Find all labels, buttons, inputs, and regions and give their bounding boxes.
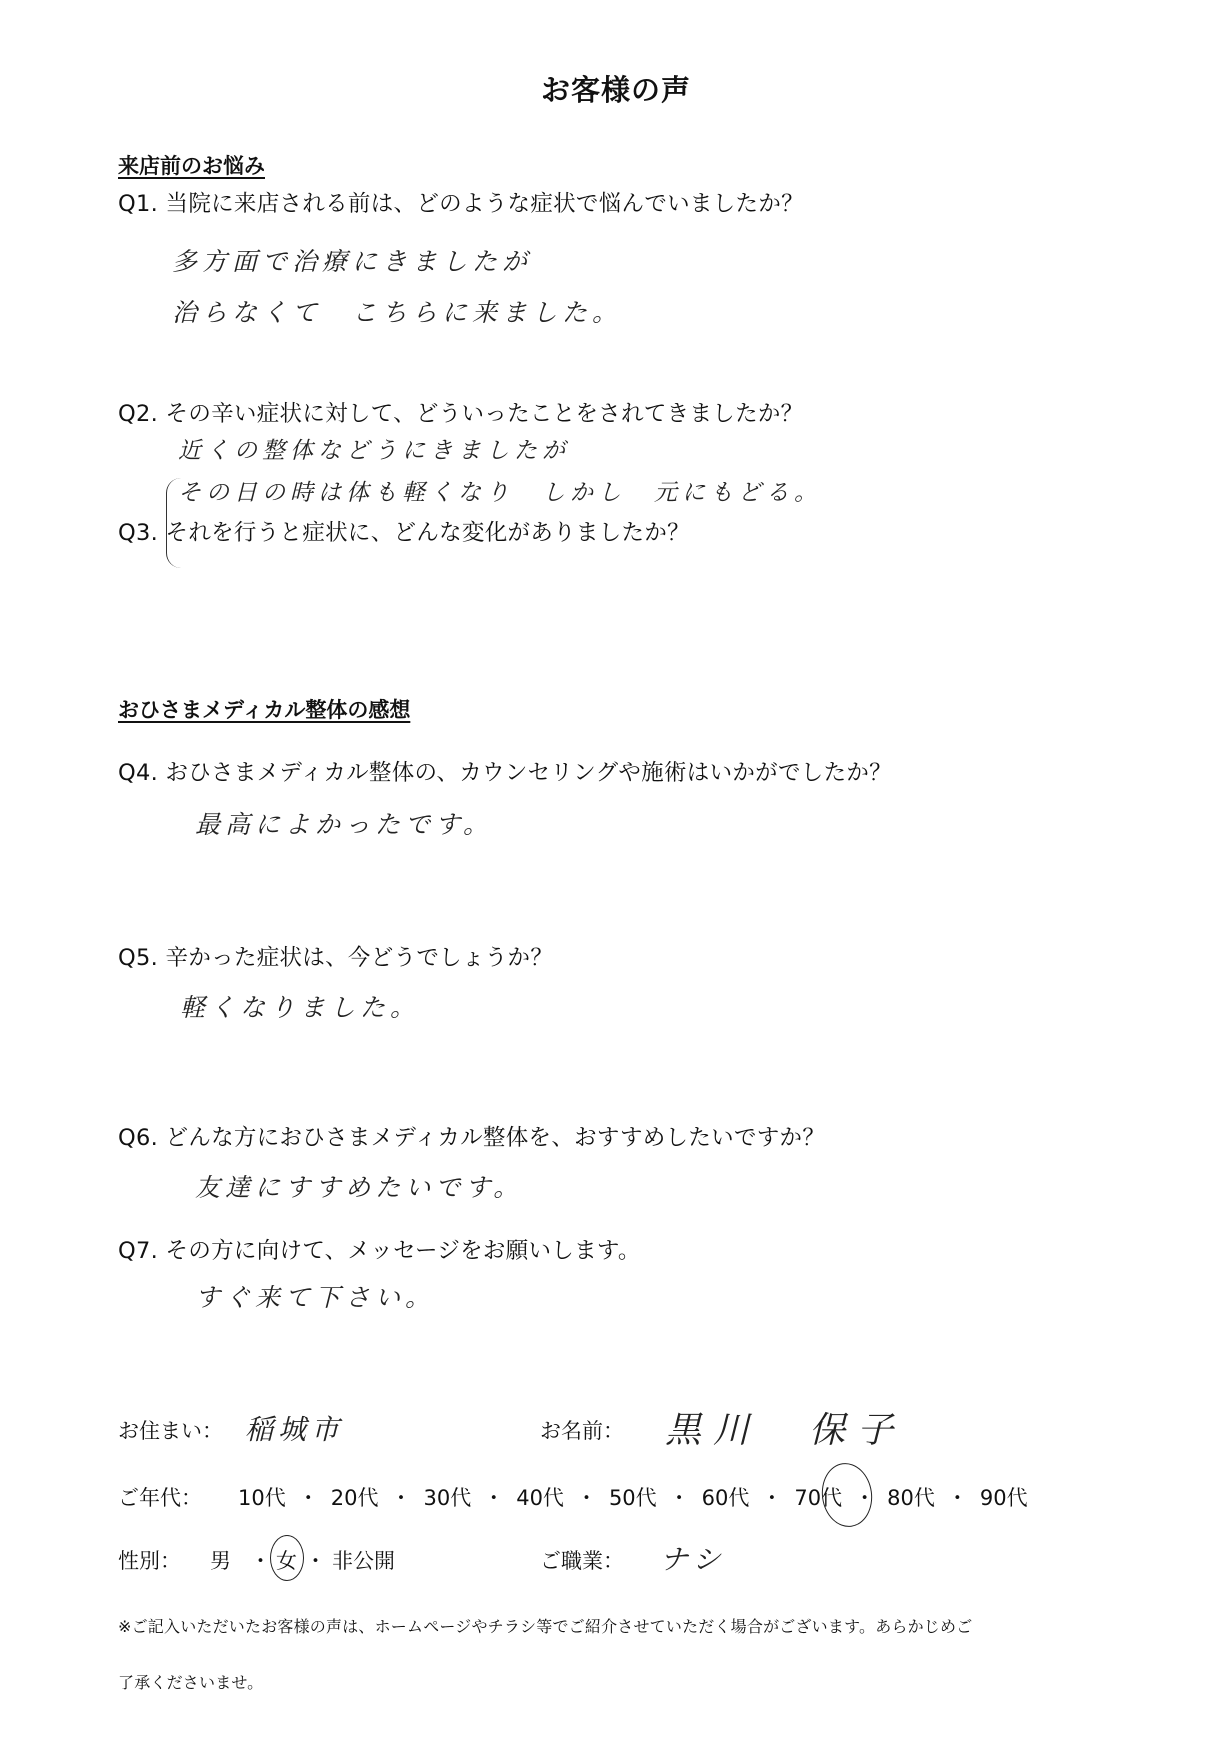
separator-dot: ・ (286, 1482, 331, 1512)
page-title: お客様の声 (0, 68, 1232, 109)
separator-dot: ・ (749, 1482, 794, 1512)
answer-q4: 最高によかったです。 (195, 805, 493, 841)
age-option-80s[interactable]: 80代 (887, 1482, 935, 1512)
address-label: お住まい： (118, 1415, 223, 1445)
gender-option-private[interactable]: 非公開 (332, 1545, 395, 1575)
separator-dot: ・ (935, 1482, 980, 1512)
age-label: ご年代： (118, 1482, 202, 1512)
separator-dot: ・ (657, 1482, 702, 1512)
answer-q2-line2: その日の時は体も軽くなり しかし 元にもどる。 (178, 474, 822, 507)
section-heading-before-visit: 来店前のお悩み (118, 150, 265, 180)
question-q7: Q7. その方に向けて、メッセージをお願いします。 (118, 1233, 641, 1265)
question-q6: Q6. どんな方におひさまメディカル整体を、おすすめしたいですか？ (118, 1120, 825, 1152)
question-q4: Q4. おひさまメディカル整体の、カウンセリングや施術はいかがでしたか？ (118, 755, 892, 787)
section-heading-impressions: おひさまメディカル整体の感想 (118, 694, 410, 724)
answer-q7: すぐ来て下さい。 (195, 1278, 435, 1314)
answer-q6: 友達にすすめたいです。 (195, 1168, 523, 1204)
age-option-50s[interactable]: 50代 (609, 1482, 657, 1512)
age-options: 10代・ 20代・ 30代・ 40代・ 50代・ 60代・ 70代・ 80代・ … (238, 1482, 1028, 1512)
separator-dot: ・ (564, 1482, 609, 1512)
gender-label: 性別： (118, 1545, 181, 1575)
question-q2: Q2. その辛い症状に対して、どういったことをされてきましたか？ (118, 396, 803, 428)
age-option-10s[interactable]: 10代 (238, 1482, 286, 1512)
disclaimer-note-line2: 了承くださいませ。 (118, 1670, 263, 1693)
disclaimer-note-line1: ※ご記入いただいたお客様の声は、ホームページやチラシ等でご紹介させていただく場合… (118, 1614, 972, 1637)
selected-circle-mark-age (818, 1460, 876, 1530)
age-option-60s[interactable]: 60代 (702, 1482, 750, 1512)
answer-q1-line2: 治らなくて こちらに来ました。 (172, 293, 622, 329)
selected-circle-mark-gender (270, 1535, 304, 1581)
separator-dot: ・ (305, 1545, 326, 1575)
address-value: 稲城市 (245, 1408, 344, 1448)
occupation-label: ご職業： (540, 1545, 624, 1575)
answer-q1-line1: 多方面で治療にきましたが (172, 242, 532, 278)
separator-dot: ・ (250, 1545, 271, 1575)
name-value: 黒川 保子 (665, 1402, 905, 1453)
answer-q5: 軽くなりました。 (180, 988, 420, 1024)
separator-dot: ・ (471, 1482, 516, 1512)
occupation-value: ナシ (660, 1538, 725, 1578)
age-option-30s[interactable]: 30代 (423, 1482, 471, 1512)
separator-dot: ・ (378, 1482, 423, 1512)
question-q5: Q5. 辛かった症状は、今どうでしょうか？ (118, 940, 553, 972)
age-option-90s[interactable]: 90代 (980, 1482, 1028, 1512)
question-q1: Q1. 当院に来店される前は、どのような症状で悩んでいましたか？ (118, 186, 804, 218)
name-label: お名前： (540, 1415, 624, 1445)
question-q3: Q3. それを行うと症状に、どんな変化がありましたか？ (118, 515, 690, 547)
age-option-20s[interactable]: 20代 (331, 1482, 379, 1512)
age-option-40s[interactable]: 40代 (516, 1482, 564, 1512)
answer-q2-line1: 近くの整体などうにきましたが (178, 432, 570, 465)
gender-option-male[interactable]: 男 (210, 1545, 231, 1575)
